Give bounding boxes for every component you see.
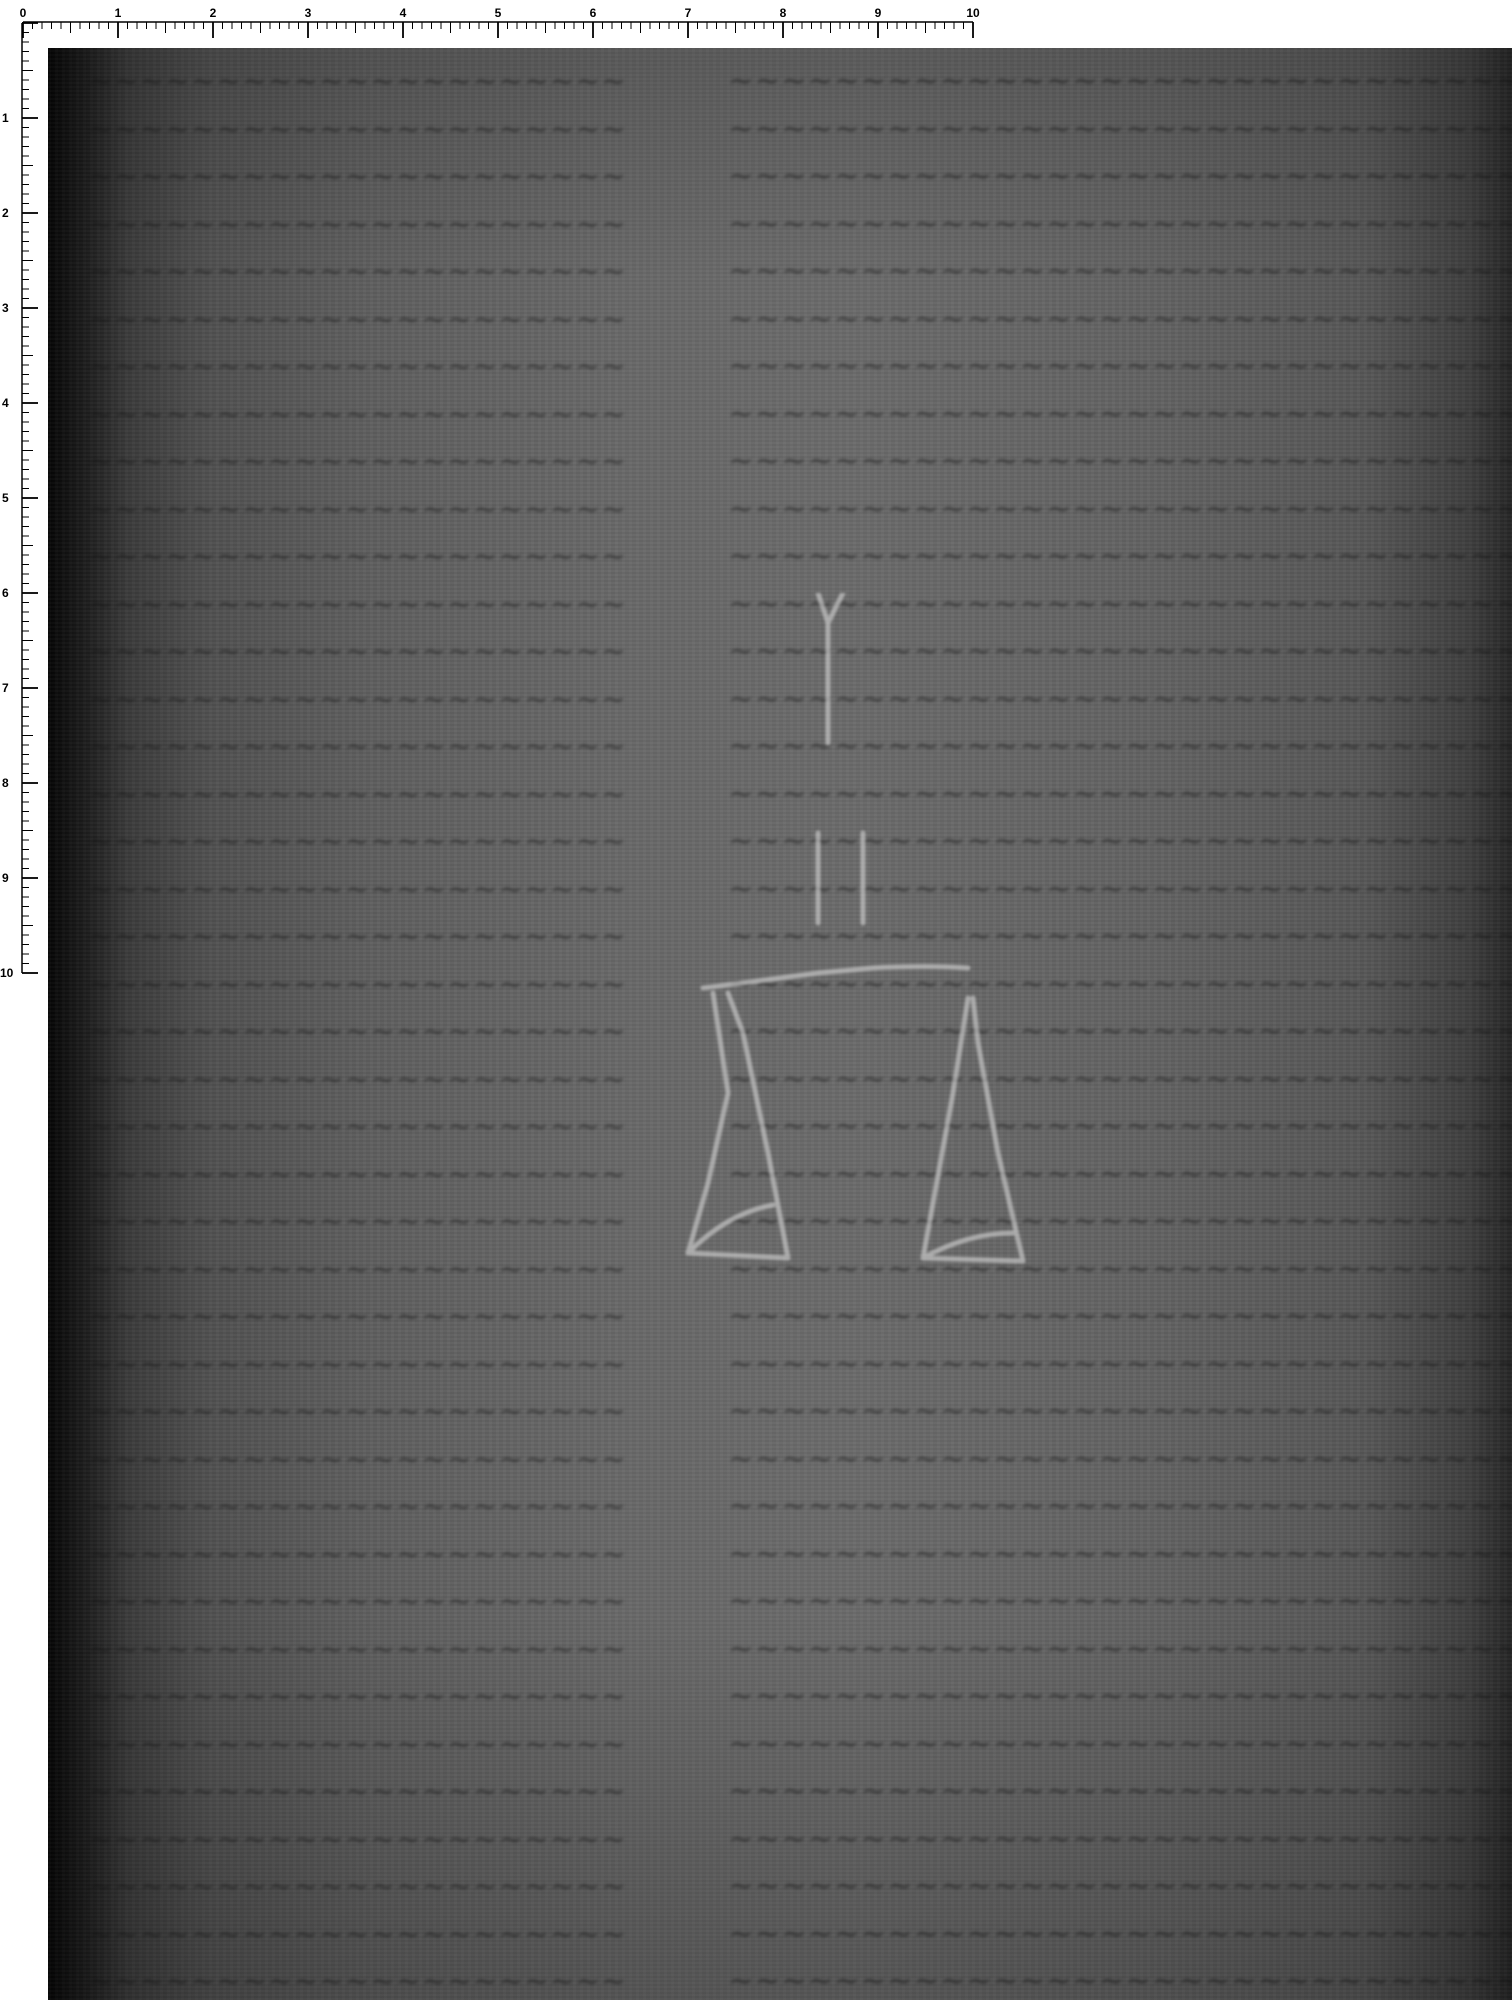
ruler-top-ticks — [0, 0, 980, 40]
manuscript-line: ~~~~~~~~~~~~~~~~~~~~~~~~~~~~~~~~~~ — [728, 1721, 1512, 1769]
manuscript-line: ~~~~~~~~~~~~~~~~~~~~~~~~~~~~~~~~~~ — [728, 581, 1512, 629]
manuscript-line: ~~~~~~~~~~~~~~~~~~~~~~~ — [88, 1911, 628, 1959]
ruler-left-label: 6 — [2, 587, 9, 599]
manuscript-line: ~~~~~~~~~~~~~~~~~~~~~~~~ — [88, 1198, 628, 1246]
manuscript-line: ~~~~~~~~~~~~~~~~~~~~~~~~~~~~~~~~~~ — [728, 676, 1512, 724]
manuscript-line: ~~~~~~~~~~~~~~~~~~~~~~~~~~~~~~~~~~~ — [728, 1863, 1512, 1911]
manuscript-line: ~~~~~~~~~~~~~~~~~~~~~~~~ — [88, 58, 628, 106]
manuscript-line: ~~~~~~~~~~~~~~~~~~~~~~~~~~~~~~~~~~~ — [728, 1388, 1512, 1436]
manuscript-line: ~~~~~~~~~~~~~~~~~~~~~~~ — [88, 296, 628, 344]
ruler-top-label: 9 — [875, 7, 882, 19]
manuscript-line: ~~~~~~~~~~~~~~~~~~~~~~~~ — [88, 1578, 628, 1626]
manuscript-line: ~~~~~~~~~~~~~~~~~~~~~~~~~~~~~~~~~~~ — [728, 1008, 1512, 1056]
manuscript-line: ~~~~~~~~~~~~~~~~~~~~~~~~~~~~~~~~~~ — [728, 1151, 1512, 1199]
manuscript-line: ~~~~~~~~~~~~~~~~~~~~~~~~~~~~~~~~~~ — [728, 1436, 1512, 1484]
ruler-top-label: 7 — [685, 7, 692, 19]
ruler-top-label: 2 — [210, 7, 217, 19]
manuscript-line: ~~~~~~~~~~~~~~~~~~~~~~~ — [88, 1531, 628, 1579]
manuscript-line: ~~~~~~~~~~~~~~~~~~~~~~~~~~~~~~~~~~~ — [728, 723, 1512, 771]
ruler-left-label: 5 — [2, 492, 9, 504]
manuscript-line: ~~~~~~~~~~~~~~~~~~~~~~~~ — [88, 913, 628, 961]
manuscript-line: ~~~~~~~~~~~~~~~~~~~~~~~~~~~~~~~~~~ — [728, 201, 1512, 249]
manuscript-line: ~~~~~~~~~~~~~~~~~~~~~~~~ — [88, 248, 628, 296]
manuscript-line: ~~~~~~~~~~~~~~~~~~~~~~~~~~~~~~~~~~~ — [728, 1483, 1512, 1531]
manuscript-line: ~~~~~~~~~~~~~~~~~~~~~~~~~~~~~~~~~~ — [728, 961, 1512, 1009]
ruler-left-label: 7 — [2, 682, 9, 694]
manuscript-line: ~~~~~~~~~~~~~~~~~~~~~~~~~~~~~~~~~~~ — [728, 533, 1512, 581]
manuscript-line: ~~~~~~~~~~~~~~~~~~~~~~~~ — [88, 153, 628, 201]
manuscript-line: ~~~~~~~~~~~~~~~~~~~~~~~~~~~~~~~~~~ — [728, 1531, 1512, 1579]
manuscript-line: ~~~~~~~~~~~~~~~~~~~~~~~~~~~~~~~~~~ — [728, 1056, 1512, 1104]
ruler-left-label: 2 — [2, 207, 9, 219]
manuscript-line: ~~~~~~~~~~~~~~~~~~~~~~~~~~~~~~~~~~ — [728, 1911, 1512, 1959]
manuscript-line: ~~~~~~~~~~~~~~~~~~~~~~~ — [88, 676, 628, 724]
manuscript-line: ~~~~~~~~~~~~~~~~~~~~~~~~ — [88, 818, 628, 866]
manuscript-line: ~~~~~~~~~~~~~~~~~~~~~~ — [88, 1721, 628, 1769]
manuscript-line: ~~~~~~~~~~~~~~~~~~~~~~~~~~~~~~~~~~ — [728, 391, 1512, 439]
manuscript-line: ~~~~~~~~~~~~~~~~~~~~~~~~ — [88, 1388, 628, 1436]
ruler-top-label: 10 — [966, 7, 979, 19]
manuscript-line: ~~~~~~~~~~~~~~~~~~~~~~~~~~~~~~~~~~~ — [728, 438, 1512, 486]
manuscript-scan: ~~~~~~~~~~~~~~~~~~~~~~~~~~~~~~~~~~~~~~~~… — [48, 48, 1512, 2000]
manuscript-line: ~~~~~~~~~~~~~~~~~~~~~~~~~~~~~~~~~~~ — [728, 1673, 1512, 1721]
manuscript-line: ~~~~~~~~~~~~~~~~~~~~~~~~ — [88, 1008, 628, 1056]
manuscript-left-column: ~~~~~~~~~~~~~~~~~~~~~~~~~~~~~~~~~~~~~~~~… — [88, 58, 628, 2000]
ruler-top-label: 4 — [400, 7, 407, 19]
ruler-top-label: 6 — [590, 7, 597, 19]
manuscript-line: ~~~~~~~~~~~~~~~~~~~~~~~~~~~~~~~~~~ — [728, 771, 1512, 819]
ruler-left-ticks — [0, 0, 40, 980]
manuscript-line: ~~~~~~~~~~~~~~~~~~~~~~~ — [88, 771, 628, 819]
manuscript-line: ~~~~~~~~~~~~~~~~~~~~~~~~ — [88, 1103, 628, 1151]
manuscript-line: ~~~~~~~~~~~~~~~~~~~~~~ — [88, 866, 628, 914]
manuscript-line: ~~~~~~~~~~~~~~~~~~~~~~~~~~~~~~~~~~~ — [728, 153, 1512, 201]
manuscript-line: ~~~~~~~~~~~~~~~~~~~~~~~~ — [88, 1673, 628, 1721]
manuscript-line: ~~~~~~~~~~~~~~~~~~~~~~~ — [88, 1816, 628, 1864]
manuscript-line: ~~~~~~~~~~~~~~~~~~~~~~~~~~~~~~~~~~~ — [728, 818, 1512, 866]
ruler-left-label: 9 — [2, 872, 9, 884]
manuscript-line: ~~~~~~~~~~~~~~~~~~~~~~~~~~~~~~~~~~ — [728, 1816, 1512, 1864]
ruler-top-label: 5 — [495, 7, 502, 19]
manuscript-line: ~~~~~~~~~~~~~~~~~~~~~~~~~~~~~~~~~~ — [728, 1626, 1512, 1674]
manuscript-line: ~~~~~~~~~~~~~~~~~~~~~~ — [88, 201, 628, 249]
manuscript-line: ~~~~~~~~~~~~~~~~~~~~~~~~~~~~~~~~~~~ — [728, 1958, 1512, 2000]
manuscript-line: ~~~~~~~~~~~~~~~~~~~~~~~ — [88, 961, 628, 1009]
manuscript-line: ~~~~~~~~~~~~~~~~~~~~~~~~~~~~~~~~~~~ — [728, 1103, 1512, 1151]
manuscript-line: ~~~~~~~~~~~~~~~~~~~~~~~~ — [88, 1863, 628, 1911]
manuscript-line: ~~~~~~~~~~~~~~~~~~~~~~ — [88, 1436, 628, 1484]
manuscript-line: ~~~~~~~~~~~~~~~~~~~~~~~~ — [88, 1958, 628, 2000]
manuscript-line: ~~~~~~~~~~~~~~~~~~~~~~~~ — [88, 1483, 628, 1531]
manuscript-line: ~~~~~~~~~~~~~~~~~~~~~~~ — [88, 1246, 628, 1294]
manuscript-line: ~~~~~~~~~~~~~~~~~~~~~~~~~~~~~~~~~~ — [728, 1246, 1512, 1294]
manuscript-line: ~~~~~~~~~~~~~~~~~~~~~~~~ — [88, 438, 628, 486]
manuscript-line: ~~~~~~~~~~~~~~~~~~~~~~~~ — [88, 343, 628, 391]
manuscript-line: ~~~~~~~~~~~~~~~~~~~~~~~~~~~~~~~~~~~ — [728, 628, 1512, 676]
ruler-top-label: 1 — [115, 7, 122, 19]
manuscript-line: ~~~~~~~~~~~~~~~~~~~~~~~~~~~~~~~~~~ — [728, 866, 1512, 914]
manuscript-line: ~~~~~~~~~~~~~~~~~~~~~~ — [88, 581, 628, 629]
manuscript-line: ~~~~~~~~~~~~~~~~~~~~~~~~ — [88, 1768, 628, 1816]
ruler-left-label: 10 — [0, 967, 13, 979]
manuscript-line: ~~~~~~~~~~~~~~~~~~~~~~~~~~~~~~~~~~~ — [728, 248, 1512, 296]
manuscript-line: ~~~~~~~~~~~~~~~~~~~~~~~ — [88, 106, 628, 154]
manuscript-line: ~~~~~~~~~~~~~~~~~~~~~~~~~~~~~~~~~~~ — [728, 1293, 1512, 1341]
manuscript-line: ~~~~~~~~~~~~~~~~~~~~~~~~~~~~~~~~~~~ — [728, 1578, 1512, 1626]
ruler-left: 12345678910 — [0, 0, 40, 980]
ruler-left-label: 3 — [2, 302, 9, 314]
manuscript-line: ~~~~~~~~~~~~~~~~~~~~~~~~ — [88, 533, 628, 581]
manuscript-line: ~~~~~~~~~~~~~~~~~~~~~~~~ — [88, 723, 628, 771]
manuscript-line: ~~~~~~~~~~~~~~~~~~~~~~~ — [88, 1341, 628, 1389]
ruler-top-label: 8 — [780, 7, 787, 19]
manuscript-line: ~~~~~~~~~~~~~~~~~~~~~~~~~~~~~~~~~~~ — [728, 1768, 1512, 1816]
ruler-left-label: 8 — [2, 777, 9, 789]
manuscript-line: ~~~~~~~~~~~~~~~~~~~~~~~ — [88, 391, 628, 439]
manuscript-line: ~~~~~~~~~~~~~~~~~~~~~~ — [88, 1151, 628, 1199]
ruler-left-label: 4 — [2, 397, 9, 409]
manuscript-line: ~~~~~~~~~~~~~~~~~~~~~~~ — [88, 1626, 628, 1674]
manuscript-line: ~~~~~~~~~~~~~~~~~~~~~~~~~~~~~~~~~~~ — [728, 913, 1512, 961]
manuscript-line: ~~~~~~~~~~~~~~~~~~~~~~~~ — [88, 628, 628, 676]
manuscript-right-column: ~~~~~~~~~~~~~~~~~~~~~~~~~~~~~~~~~~~~~~~~… — [728, 58, 1512, 2000]
manuscript-line: ~~~~~~~~~~~~~~~~~~~~~~~~~~~~~~~~~~~ — [728, 58, 1512, 106]
manuscript-line: ~~~~~~~~~~~~~~~~~~~~~~~~~~~~~~~~~~ — [728, 1341, 1512, 1389]
manuscript-line: ~~~~~~~~~~~~~~~~~~~~~~~ — [88, 486, 628, 534]
manuscript-line: ~~~~~~~~~~~~~~~~~~~~~~~~~~~~~~~~~~ — [728, 296, 1512, 344]
manuscript-line: ~~~~~~~~~~~~~~~~~~~~~~~~~~~~~~~~~~~ — [728, 1198, 1512, 1246]
ruler-top-label: 3 — [305, 7, 312, 19]
ruler-top: 012345678910 — [0, 0, 980, 40]
manuscript-line: ~~~~~~~~~~~~~~~~~~~~~~~ — [88, 1056, 628, 1104]
ruler-left-label: 1 — [2, 112, 9, 124]
manuscript-line: ~~~~~~~~~~~~~~~~~~~~~~~~ — [88, 1293, 628, 1341]
manuscript-line: ~~~~~~~~~~~~~~~~~~~~~~~~~~~~~~~~~~~ — [728, 343, 1512, 391]
manuscript-line: ~~~~~~~~~~~~~~~~~~~~~~~~~~~~~~~~~~ — [728, 106, 1512, 154]
manuscript-line: ~~~~~~~~~~~~~~~~~~~~~~~~~~~~~~~~~~ — [728, 486, 1512, 534]
